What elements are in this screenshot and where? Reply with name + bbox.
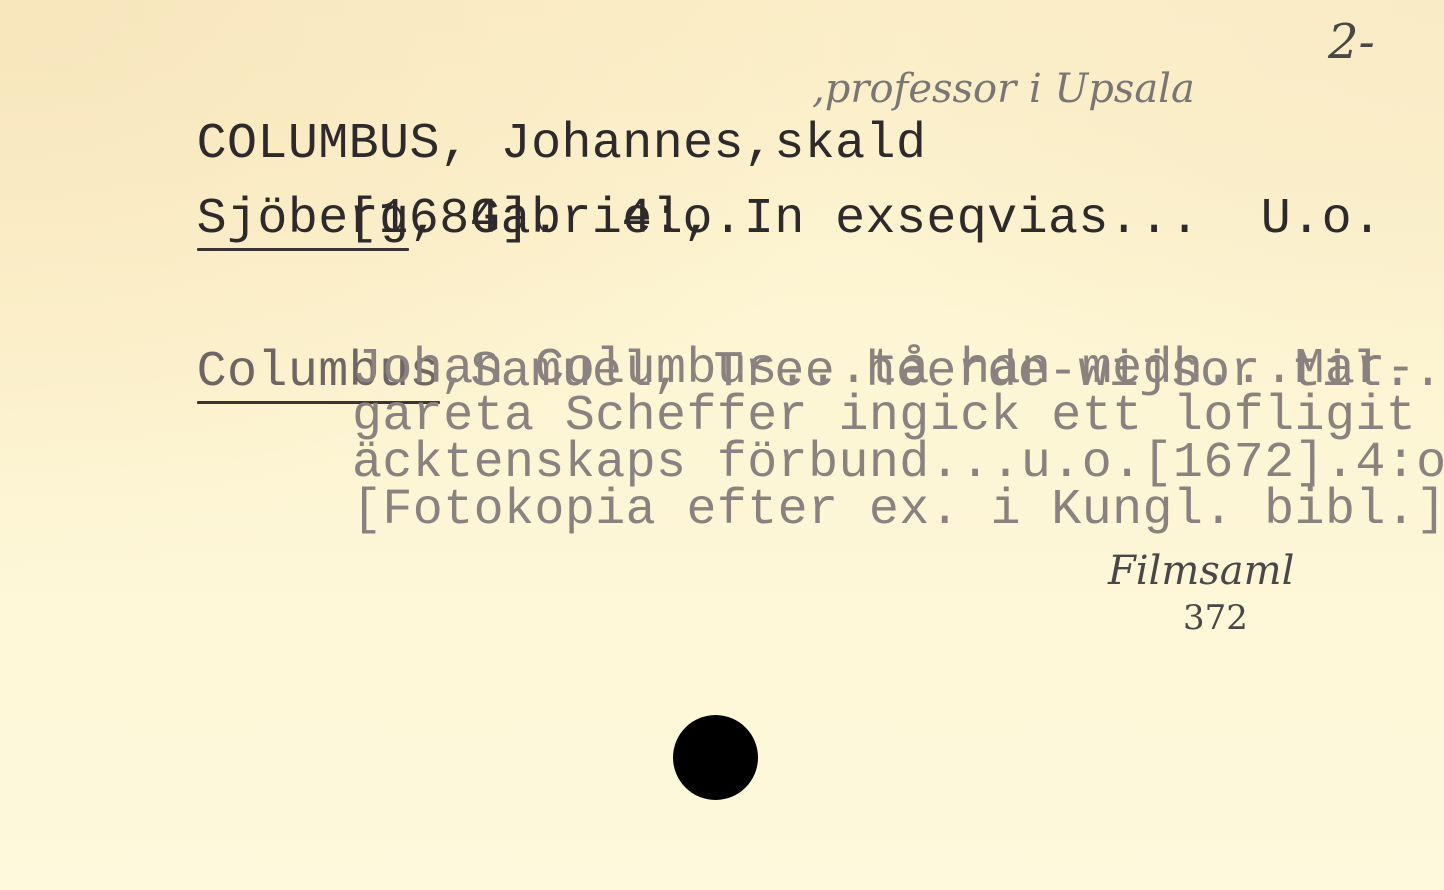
heading-annotation: ,professor i Upsala [812,66,1195,112]
shelfmark-label: Filmsaml [1108,548,1294,594]
entry1-line2: [1684]. 4:o. [348,195,743,245]
punch-hole [673,715,758,800]
shelfmark-number: 372 [1183,598,1248,638]
sequence-mark: 2- [1328,14,1375,70]
catalog-card: 2- COLUMBUS, Johannes,skald ,professor i… [0,0,1444,890]
entry2-line5: [Fotokopia efter ex. i Kungl. bibl.] [352,486,1444,536]
